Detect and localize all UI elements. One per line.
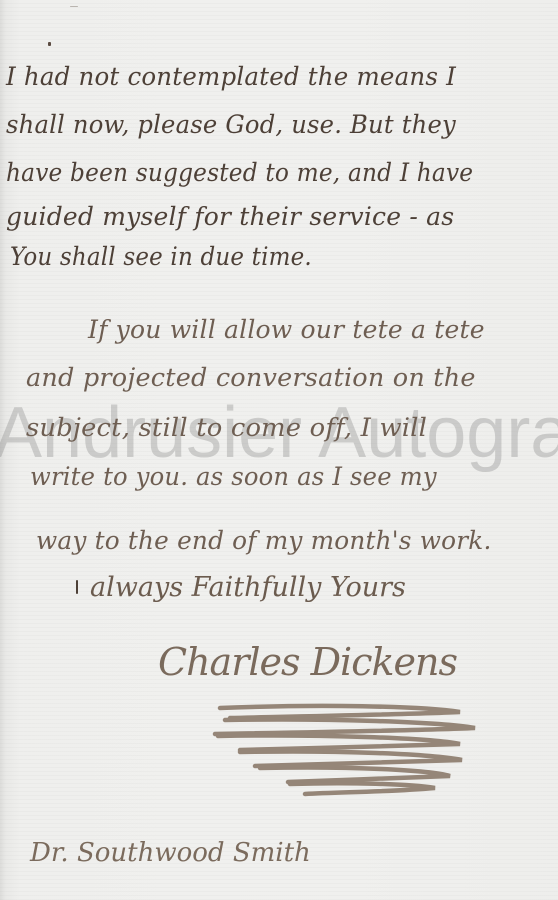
closing-phrase: always Faithfully Yours <box>90 572 406 603</box>
letter-line: shall now, please God, use. But they <box>6 110 456 139</box>
letter-line: If you will allow our tete a tete <box>88 315 485 344</box>
letter-line: write to you. as soon as I see my <box>30 462 437 491</box>
ink-speck <box>70 6 78 7</box>
signature: Charles Dickens <box>158 640 457 684</box>
addressee: Dr. Southwood Smith <box>30 838 311 868</box>
letter-line: You shall see in due time. <box>10 242 312 271</box>
letter-line: have been suggested to me, and I have <box>6 158 473 187</box>
letter-line: subject, still to come off, I will <box>26 413 427 442</box>
letter-line: I had not contemplated the means I <box>6 62 456 91</box>
letter-line: guided myself for their service - as <box>6 202 454 231</box>
letter-line: way to the end of my month's work. <box>36 526 492 555</box>
ink-tick <box>76 580 78 594</box>
ink-speck <box>48 42 51 46</box>
letter-page: I had not contemplated the means I shall… <box>0 0 558 900</box>
signature-flourish <box>200 700 510 800</box>
letter-line: and projected conversation on the <box>26 363 476 392</box>
